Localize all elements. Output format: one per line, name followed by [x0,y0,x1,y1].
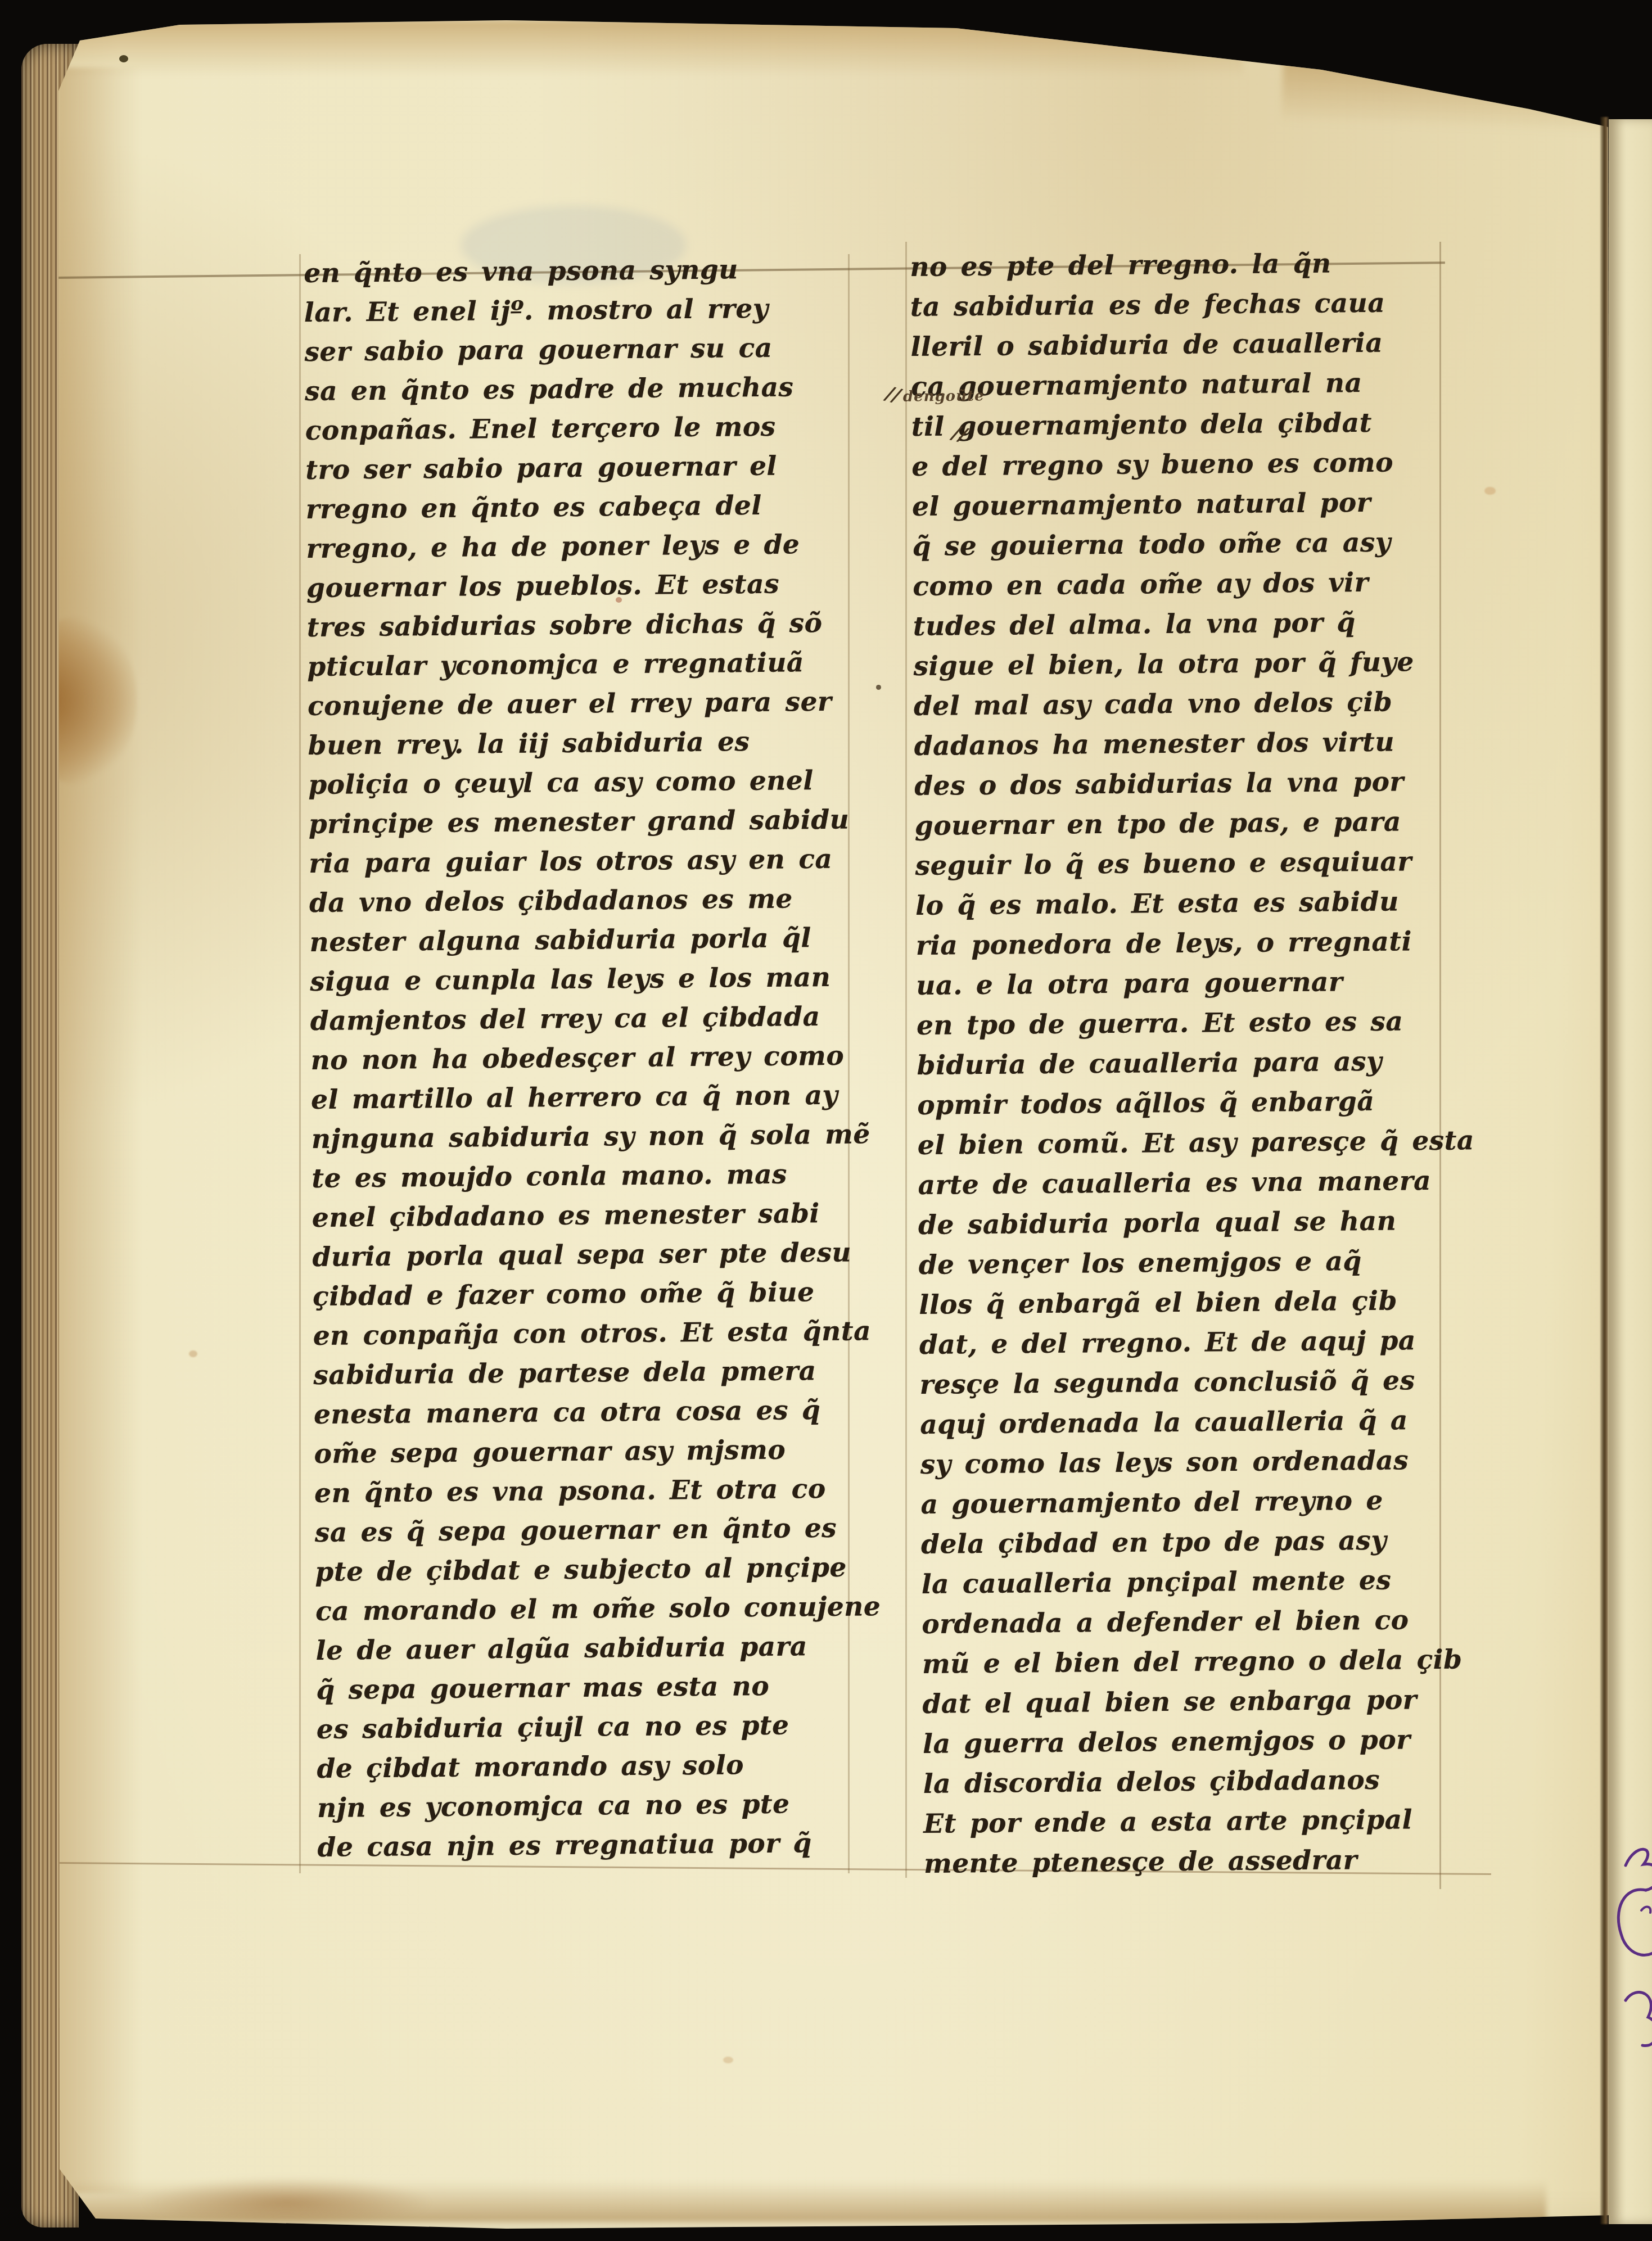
manuscript-line: sabiduria de partese dela pmera [313,1351,870,1395]
manuscript-line: es sabiduria çiujl ca no es pte [317,1705,874,1750]
manuscript-line: ser sabio para gouernar su ca [304,328,861,372]
manuscript-line: en conpañja con otros. Et esta q̃nta [313,1312,870,1356]
manuscript-line: dat el qual bien se enbarga por [922,1680,1457,1724]
left-margin-stain [56,67,141,2193]
interlinear-note: dengoũte [903,387,985,405]
manuscript-line: dadanos ha menester dos virtu [914,722,1448,766]
manuscript-line: en q̃nto es vna psona. Et otra co [314,1469,872,1513]
manuscript-line: ca morando el m om̃e solo conujene [315,1587,873,1632]
manuscript-line: njnguna sabiduria sy non q̃ sola mẽ [311,1115,868,1159]
manuscript-line: mũ e el bien del rregno o dela çib [922,1640,1457,1684]
manuscript-line: damjentos del rrey ca el çibdada [310,997,868,1041]
manuscript-line: des o dos sabidurias la vna por [914,762,1449,806]
manuscript-line: le de auer algũa sabiduria para [315,1626,873,1671]
foxing-spot [723,2057,733,2063]
manuscript-line: e del rregno sy bueno es como [911,442,1446,487]
manuscript-line: en tpo de guerra. Et esto es sa [917,1001,1451,1046]
manuscript-line: mente ptenesçe de assedrar [924,1840,1459,1884]
manuscript-line: sigua e cunpla las leys e los man [310,957,867,1002]
manuscript-line: lleril o sabiduria de caualleria [910,323,1445,367]
manuscript-line: duria porla qual sepa ser pte desu [312,1233,869,1277]
next-page-fore-edge [1609,119,1652,2224]
manuscript-line: a gouernamjento del rreyno e [920,1480,1455,1525]
manuscript-line: el martillo al herrero ca q̃ non ay [311,1076,868,1120]
top-right-edge-stain [1281,56,1621,135]
manuscript-line: aquj ordenada la caualleria q̃ a [920,1400,1455,1445]
manuscript-line: llos q̃ enbargã el bien dela çib [919,1281,1454,1325]
manuscript-line: tro ser sabio para gouernar el [305,446,863,490]
manuscript-line: ca gouernamjento natural na [911,363,1446,407]
manuscript-line: ria para guiar los otros asy en ca [309,839,866,884]
manuscript-line: como en cada om̃e ay dos vir [913,562,1447,607]
foxing-spot [1484,487,1496,495]
manuscript-line: gouernar los pueblos. Et estas [306,564,864,608]
left-text-column: en q̃nto es vna psona syngular. Et enel … [304,249,874,1868]
insertion-mark: // [884,382,903,408]
manuscript-line: no non ha obedesçer al rrey como [310,1036,868,1081]
manuscript-line: pticular yconomjca e rregnatiuã [307,643,864,687]
page-edge-crease [1600,117,1609,2224]
right-text-column: no es pte del rregno. la q̃nta sabiduria… [910,243,1458,1884]
manuscript-line: poliçia o çeuyl ca asy como enel [308,761,865,805]
manuscript-line: ria ponedora de leys, o rregnati [916,921,1451,966]
manuscript-line: enel çibdadano es menester sabi [312,1194,869,1238]
manuscript-line: til gouernamjento dela çibdat [911,403,1446,447]
manuscript-line: opmir todos aq̃llos q̃ enbargã [917,1081,1452,1126]
manuscript-line: de vençer los enemjgos e aq̃ [918,1241,1453,1285]
manuscript-line: te es moujdo conla mano. mas [312,1154,869,1199]
manuscript-line: pte de çibdat e subjecto al pnçipe [315,1548,872,1592]
manuscript-line: nester alguna sabiduria porla q̃l [309,918,866,963]
manuscript-line: lo q̃ es malo. Et esta es sabidu [915,882,1450,926]
manuscript-line: ordenada a defender el bien co [922,1600,1456,1644]
manuscript-line: sa en q̃nto es padre de muchas [305,367,862,412]
manuscript-line: en q̃nto es vna psona syngu [304,249,861,293]
manuscript-line: de sabiduria porla qual se han [918,1201,1453,1245]
manuscript-line: dat, e del rregno. Et de aquj pa [919,1321,1454,1365]
manuscript-line: njn es yconomjca ca no es pte [317,1784,874,1828]
manuscript-line: biduria de caualleria para asy [917,1041,1451,1086]
manuscript-line: ta sabiduria es de fechas caua [910,283,1445,327]
manuscript-line: gouernar en tpo de pas, e para [915,802,1450,846]
manuscript-line: enesta manera ca otra cosa es q̃ [314,1390,871,1435]
manuscript-line: la caualleria pnçipal mente es [921,1560,1456,1605]
manuscript-line: resçe la segunda conclusiõ q̃ es [919,1361,1454,1405]
manuscript-line: la guerra delos enemjgos o por [923,1720,1457,1764]
manuscript-line: el bien comũ. Et asy paresçe q̃ esta [918,1121,1452,1165]
manuscript-line: om̃e sepa gouernar asy mjsmo [314,1430,871,1474]
manuscript-line: ua. e la otra para gouernar [916,961,1451,1006]
manuscript-line: arte de caualleria es vna manera [918,1161,1452,1205]
purple-ink-doodle [1609,1832,1652,2068]
manuscript-line: rregno en q̃nto es cabeça del [306,485,863,530]
manuscript-line: sa es q̃ sepa gouernar en q̃nto es [315,1508,872,1553]
manuscript-line: el gouernamjento natural por [912,482,1447,527]
manuscript-line: q̃ se gouierna todo om̃e ca asy [912,522,1447,567]
manuscript-line: tres sabidurias sobre dichas q̃ sõ [306,603,864,648]
manuscript-line: del mal asy cada vno delos çib [914,682,1448,726]
manuscript-line: lar. Et enel ijº. mostro al rrey [304,288,861,333]
manuscript-line: de casa njn es rregnatiua por q̃ [317,1823,874,1868]
manuscript-line: prinçipe es menester grand sabidu [309,800,866,844]
bottom-left-stain [141,2177,433,2228]
manuscript-line: da vno delos çibdadanos es me [309,879,866,923]
ink-speck [876,685,881,690]
top-edge-stain [62,20,1243,76]
ink-speck [119,55,128,62]
manuscript-line: conujene de auer el rrey para ser [308,682,865,726]
right-column-left-ruling [905,242,907,1878]
manuscript-line: tudes del alma. la vna por q̃ [913,602,1448,647]
manuscript-line: la discordia delos çibdadanos [923,1760,1458,1804]
manuscript-line: dela çibdad en tpo de pas asy [921,1520,1456,1565]
manuscript-line: rregno, e ha de poner leys e de [306,525,863,569]
manuscript-line: seguir lo q̃ es bueno e esquiuar [915,842,1450,886]
foxing-spot [189,1350,197,1357]
manuscript-line: sigue el bien, la otra por q̃ fuye [913,642,1448,686]
manuscript-page: en q̃nto es vna psona syngular. Et enel … [0,0,1652,2241]
left-column-left-ruling [299,254,301,1873]
manuscript-line: q̃ sepa gouernar mas esta no [316,1666,873,1710]
manuscript-line: de çibdat morando asy solo [317,1745,874,1789]
manuscript-line: sy como las leys son ordenadas [920,1440,1455,1485]
manuscript-line: no es pte del rregno. la q̃n [910,243,1445,287]
manuscript-line: buen rrey. la iij sabiduria es [308,721,865,766]
photograph-background: en q̃nto es vna psona syngular. Et enel … [0,0,1652,2241]
manuscript-line: conpañas. Enel terçero le mos [305,406,862,451]
manuscript-line: Et por ende a esta arte pnçipal [923,1800,1458,1844]
manuscript-line: çibdad e fazer como om̃e q̃ biue [313,1272,870,1317]
